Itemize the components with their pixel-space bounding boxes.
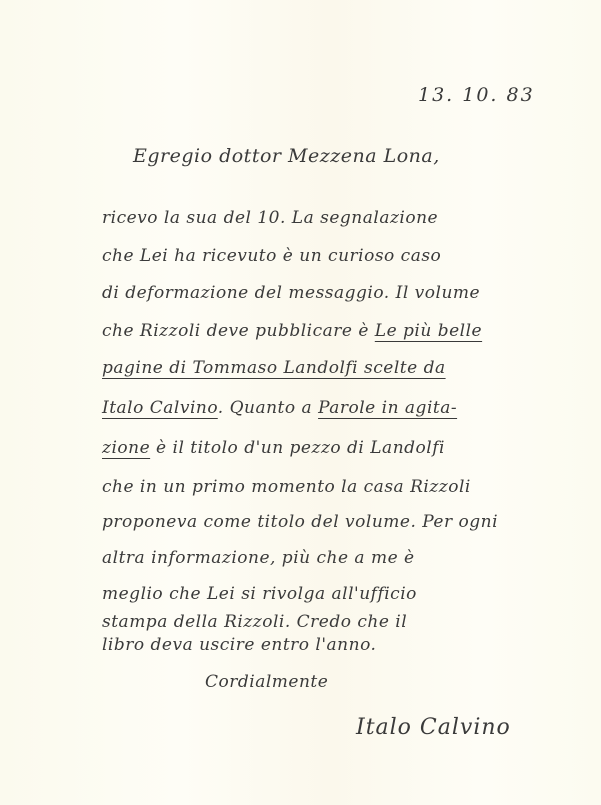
letter-date: 13. 10. 83 (418, 84, 535, 106)
signature: Italo Calvino (356, 715, 511, 740)
body-line-8: che in un primo momento la casa Rizzoli (102, 477, 471, 497)
body-text: . Quanto a (218, 398, 312, 418)
body-line-11: meglio che Lei si rivolga all'ufficio (102, 584, 417, 604)
body-line-3: di deformazione del messaggio. Il volume (102, 283, 480, 303)
piece-title-cont: zione (102, 438, 150, 458)
piece-title: Parole in agita- (318, 398, 457, 418)
body-line-6: Italo Calvino. Quanto a Parole in agita- (102, 398, 457, 418)
letter-page: 13. 10. 83 Egregio dottor Mezzena Lona, … (0, 0, 601, 805)
body-line-1: ricevo la sua del 10. La segnalazione (102, 208, 438, 228)
body-line-12: stampa della Rizzoli. Credo che il (102, 612, 407, 632)
body-line-13: libro deva uscire entro l'anno. (102, 635, 376, 655)
book-title-part: Le più belle (375, 321, 482, 341)
body-line-10: altra informazione, più che a me è (102, 548, 415, 568)
salutation: Egregio dottor Mezzena Lona, (133, 145, 440, 167)
body-line-7: zione è il titolo d'un pezzo di Landolfi (102, 438, 445, 458)
body-text: che Rizzoli deve pubblicare è (102, 321, 369, 341)
body-text: è il titolo d'un pezzo di Landolfi (150, 438, 445, 458)
body-line-2: che Lei ha ricevuto è un curioso caso (102, 246, 441, 266)
body-line-9: proponeva come titolo del volume. Per og… (102, 512, 498, 532)
author-name: Italo Calvino (102, 398, 218, 418)
closing: Cordialmente (205, 672, 328, 692)
body-line-5: pagine di Tommaso Landolfi scelte da (102, 358, 446, 378)
body-line-4: che Rizzoli deve pubblicare è Le più bel… (102, 321, 482, 341)
